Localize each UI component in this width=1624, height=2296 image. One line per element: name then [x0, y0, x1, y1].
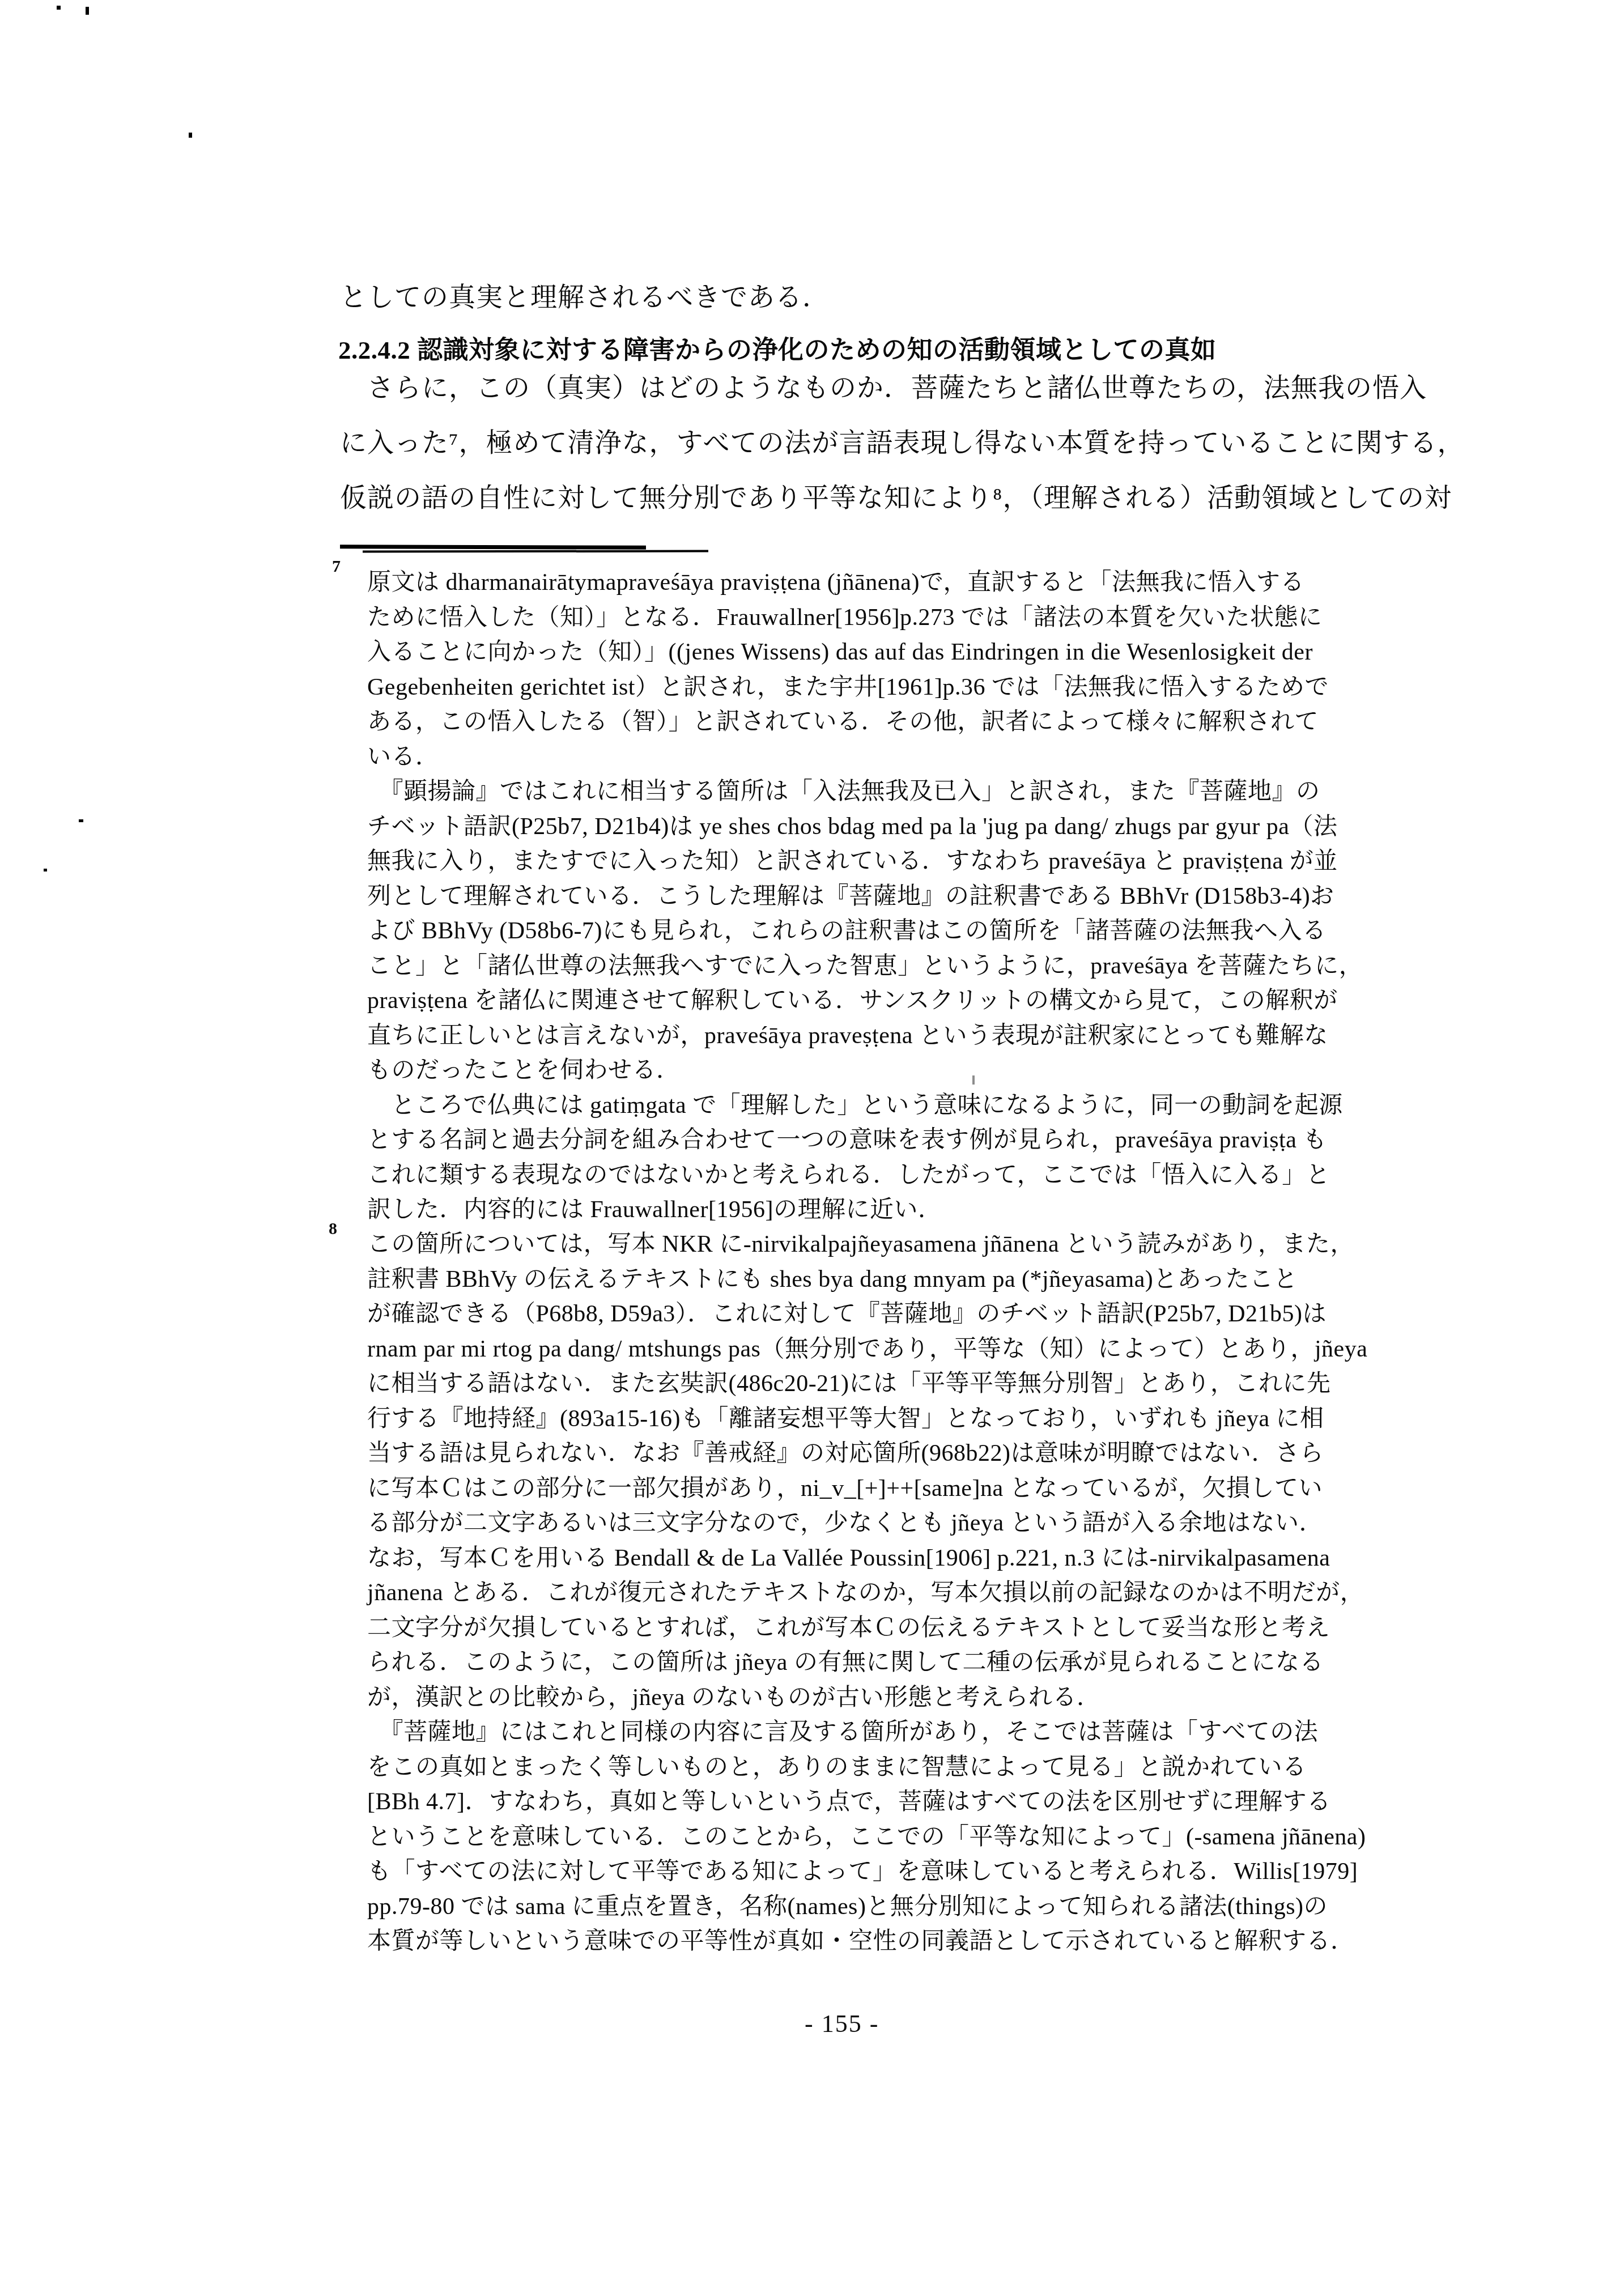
- footnote-7-marker: 7: [332, 557, 341, 576]
- text-line: よび BBhVy (D58b6-7)にも見られ，これらの註釈書はこの箇所を「諸菩…: [367, 914, 1363, 949]
- text-line: 当する語は見られない．なお『善戒経』の対応箇所(968b22)は意味が明瞭ではな…: [367, 1436, 1367, 1472]
- text-line: pp.79-80 では sama に重点を置き，名称(names)と無分別知によ…: [367, 1890, 1367, 1925]
- scanned-paper-page: としての真実と理解されるべきである． 2.2.4.2 認識対象に対する障害からの…: [0, 0, 1624, 2296]
- body-paragraph: さらに，この（真実）はどのようなものか．菩薩たちと諸仏世尊たちの，法無我の悟入に…: [340, 361, 1464, 526]
- text-line: 列として理解されている．こうした理解は『菩薩地』の註釈書である BBhVr (D…: [367, 879, 1363, 915]
- text-line: これに類する表現なのではないかと考えられる．したがって，ここでは「悟入に入る」と: [367, 1158, 1363, 1193]
- text-line: こと」と「諸仏世尊の法無我へすでに入った智恵」というように，praveśāya …: [367, 949, 1363, 984]
- text-line: ものだったことを伺わせる．: [367, 1053, 1363, 1089]
- text-line: をこの真如とまったく等しいものと，ありのままに智慧によって見る」と説かれている: [367, 1750, 1367, 1785]
- text-line: 入ることに向かった（知）」((jenes Wissens) das auf da…: [367, 635, 1363, 670]
- text-line: 『顕揚論』ではこれに相当する箇所は「入法無我及已入」と訳され，また『菩薩地』の: [367, 775, 1363, 810]
- text-line: この箇所については，写本 NKR に-nirvikalpajñeyasamena…: [367, 1227, 1367, 1262]
- text-line: 『菩薩地』にはこれと同様の内容に言及する箇所があり，そこでは菩薩は「すべての法: [367, 1715, 1367, 1750]
- text-line: 無我に入り，またすでに入った知）と訳されている．すなわち praveśāya と…: [367, 844, 1363, 879]
- text-line: [BBh 4.7]．すなわち，真如と等しいという点で，菩薩はすべての法を区別せず…: [367, 1785, 1367, 1820]
- text-line: 訳した．内容的には Frauwallner[1956]の理解に近い．: [367, 1193, 1363, 1228]
- text-line: いる．: [367, 740, 1363, 775]
- text-line: rnam par mi rtog pa dang/ mtshungs pas（無…: [367, 1332, 1367, 1367]
- footnote-separator: [340, 545, 646, 549]
- scan-speck: [44, 869, 47, 871]
- text-line: 仮説の語の自性に対して無分別であり平等な知により⁸，（理解される）活動領域として…: [340, 471, 1464, 526]
- text-line: られる．このように，この箇所は jñeya の有無に関して二種の伝承が見られるこ…: [367, 1646, 1367, 1681]
- text-line: なお，写本Ｃを用いる Bendall & de La Vallée Poussi…: [367, 1541, 1367, 1576]
- text-line: ある，この悟入したる（智）」と訳されている．その他，訳者によって様々に解釈されて: [367, 705, 1363, 740]
- text-line: 行する『地持経』(893a15-16)も「離諸妄想平等大智」となっており，いずれ…: [367, 1402, 1367, 1437]
- page-number: - 155 -: [805, 2009, 879, 2038]
- scan-speck: [189, 133, 192, 138]
- text-line: ために悟入した（知）」となる．Frauwallner[1956]p.273 では…: [367, 601, 1363, 636]
- text-line: 註釈書 BBhVy の伝えるテキストにも shes bya dang mnyam…: [367, 1262, 1367, 1298]
- text-line: jñanena とある．これが復元されたテキストなのか，写本欠損以前の記録なのか…: [367, 1576, 1367, 1611]
- text-line: とする名詞と過去分詞を組み合わせて一つの意味を表す例が見られ，praveśāya…: [367, 1123, 1363, 1158]
- scan-speck: [86, 7, 89, 15]
- text-line: Gegebenheiten gerichtet ist）と訳され，また宇井[19…: [367, 670, 1363, 705]
- text-line: が確認できる（P68b8, D59a3）．これに対して『菩薩地』のチベット語訳(…: [367, 1297, 1367, 1332]
- scan-speck: [79, 819, 83, 822]
- text-line: 二文字分が欠損しているとすれば，これが写本Ｃの伝えるテキストとして妥当な形と考え: [367, 1611, 1367, 1646]
- text-line: に相当する語はない．また玄奘訳(486c20-21)には「平等平等無分別智」とあ…: [367, 1367, 1367, 1402]
- text-line: る部分が二文字あるいは三文字分なので，少なくとも jñeya という語が入る余地…: [367, 1506, 1367, 1541]
- continuation-text: としての真実と理解されるべきである．: [340, 276, 830, 314]
- footnote-8: この箇所については，写本 NKR に-nirvikalpajñeyasamena…: [367, 1227, 1367, 1959]
- text-line: に入った⁷，極めて清浄な，すべての法が言語表現し得ない本質を持っていることに関す…: [340, 416, 1464, 471]
- footnote-8-marker: 8: [329, 1219, 337, 1239]
- text-line: さらに，この（真実）はどのようなものか．菩薩たちと諸仏世尊たちの，法無我の悟入: [340, 361, 1464, 416]
- text-line: 直ちに正しいとは言えないが，praveśāya praveṣṭena という表現…: [367, 1019, 1363, 1054]
- text-line: が，漢訳との比較から，jñeya のないものが古い形態と考えられる．: [367, 1681, 1367, 1716]
- text-line: に写本Ｃはこの部分に一部欠損があり，ni_v_[+]++[same]na となっ…: [367, 1472, 1367, 1507]
- text-line: ところで仏典には gatiṃgata で「理解した」という意味になるように，同一…: [367, 1089, 1363, 1124]
- text-line: も「すべての法に対して平等である知によって」を意味していると考えられる．Will…: [367, 1855, 1367, 1890]
- text-line: 本質が等しいという意味での平等性が真如・空性の同義語として示されていると解釈する…: [367, 1924, 1367, 1959]
- text-line: ということを意味している．このことから，ここでの「平等な知によって」(-same…: [367, 1820, 1367, 1855]
- footnote-7: 原文は dharmanairātymapraveśāya praviṣṭena …: [367, 566, 1363, 1228]
- scan-speck: [57, 6, 61, 10]
- text-line: praviṣṭena を諸仏に関連させて解釈している．サンスクリットの構文から見…: [367, 984, 1363, 1019]
- text-line: チベット語訳(P25b7, D21b4)は ye shes chos bdag …: [367, 810, 1363, 845]
- text-line: 原文は dharmanairātymapraveśāya praviṣṭena …: [367, 566, 1363, 601]
- footnote-separator-smudge: [363, 550, 708, 552]
